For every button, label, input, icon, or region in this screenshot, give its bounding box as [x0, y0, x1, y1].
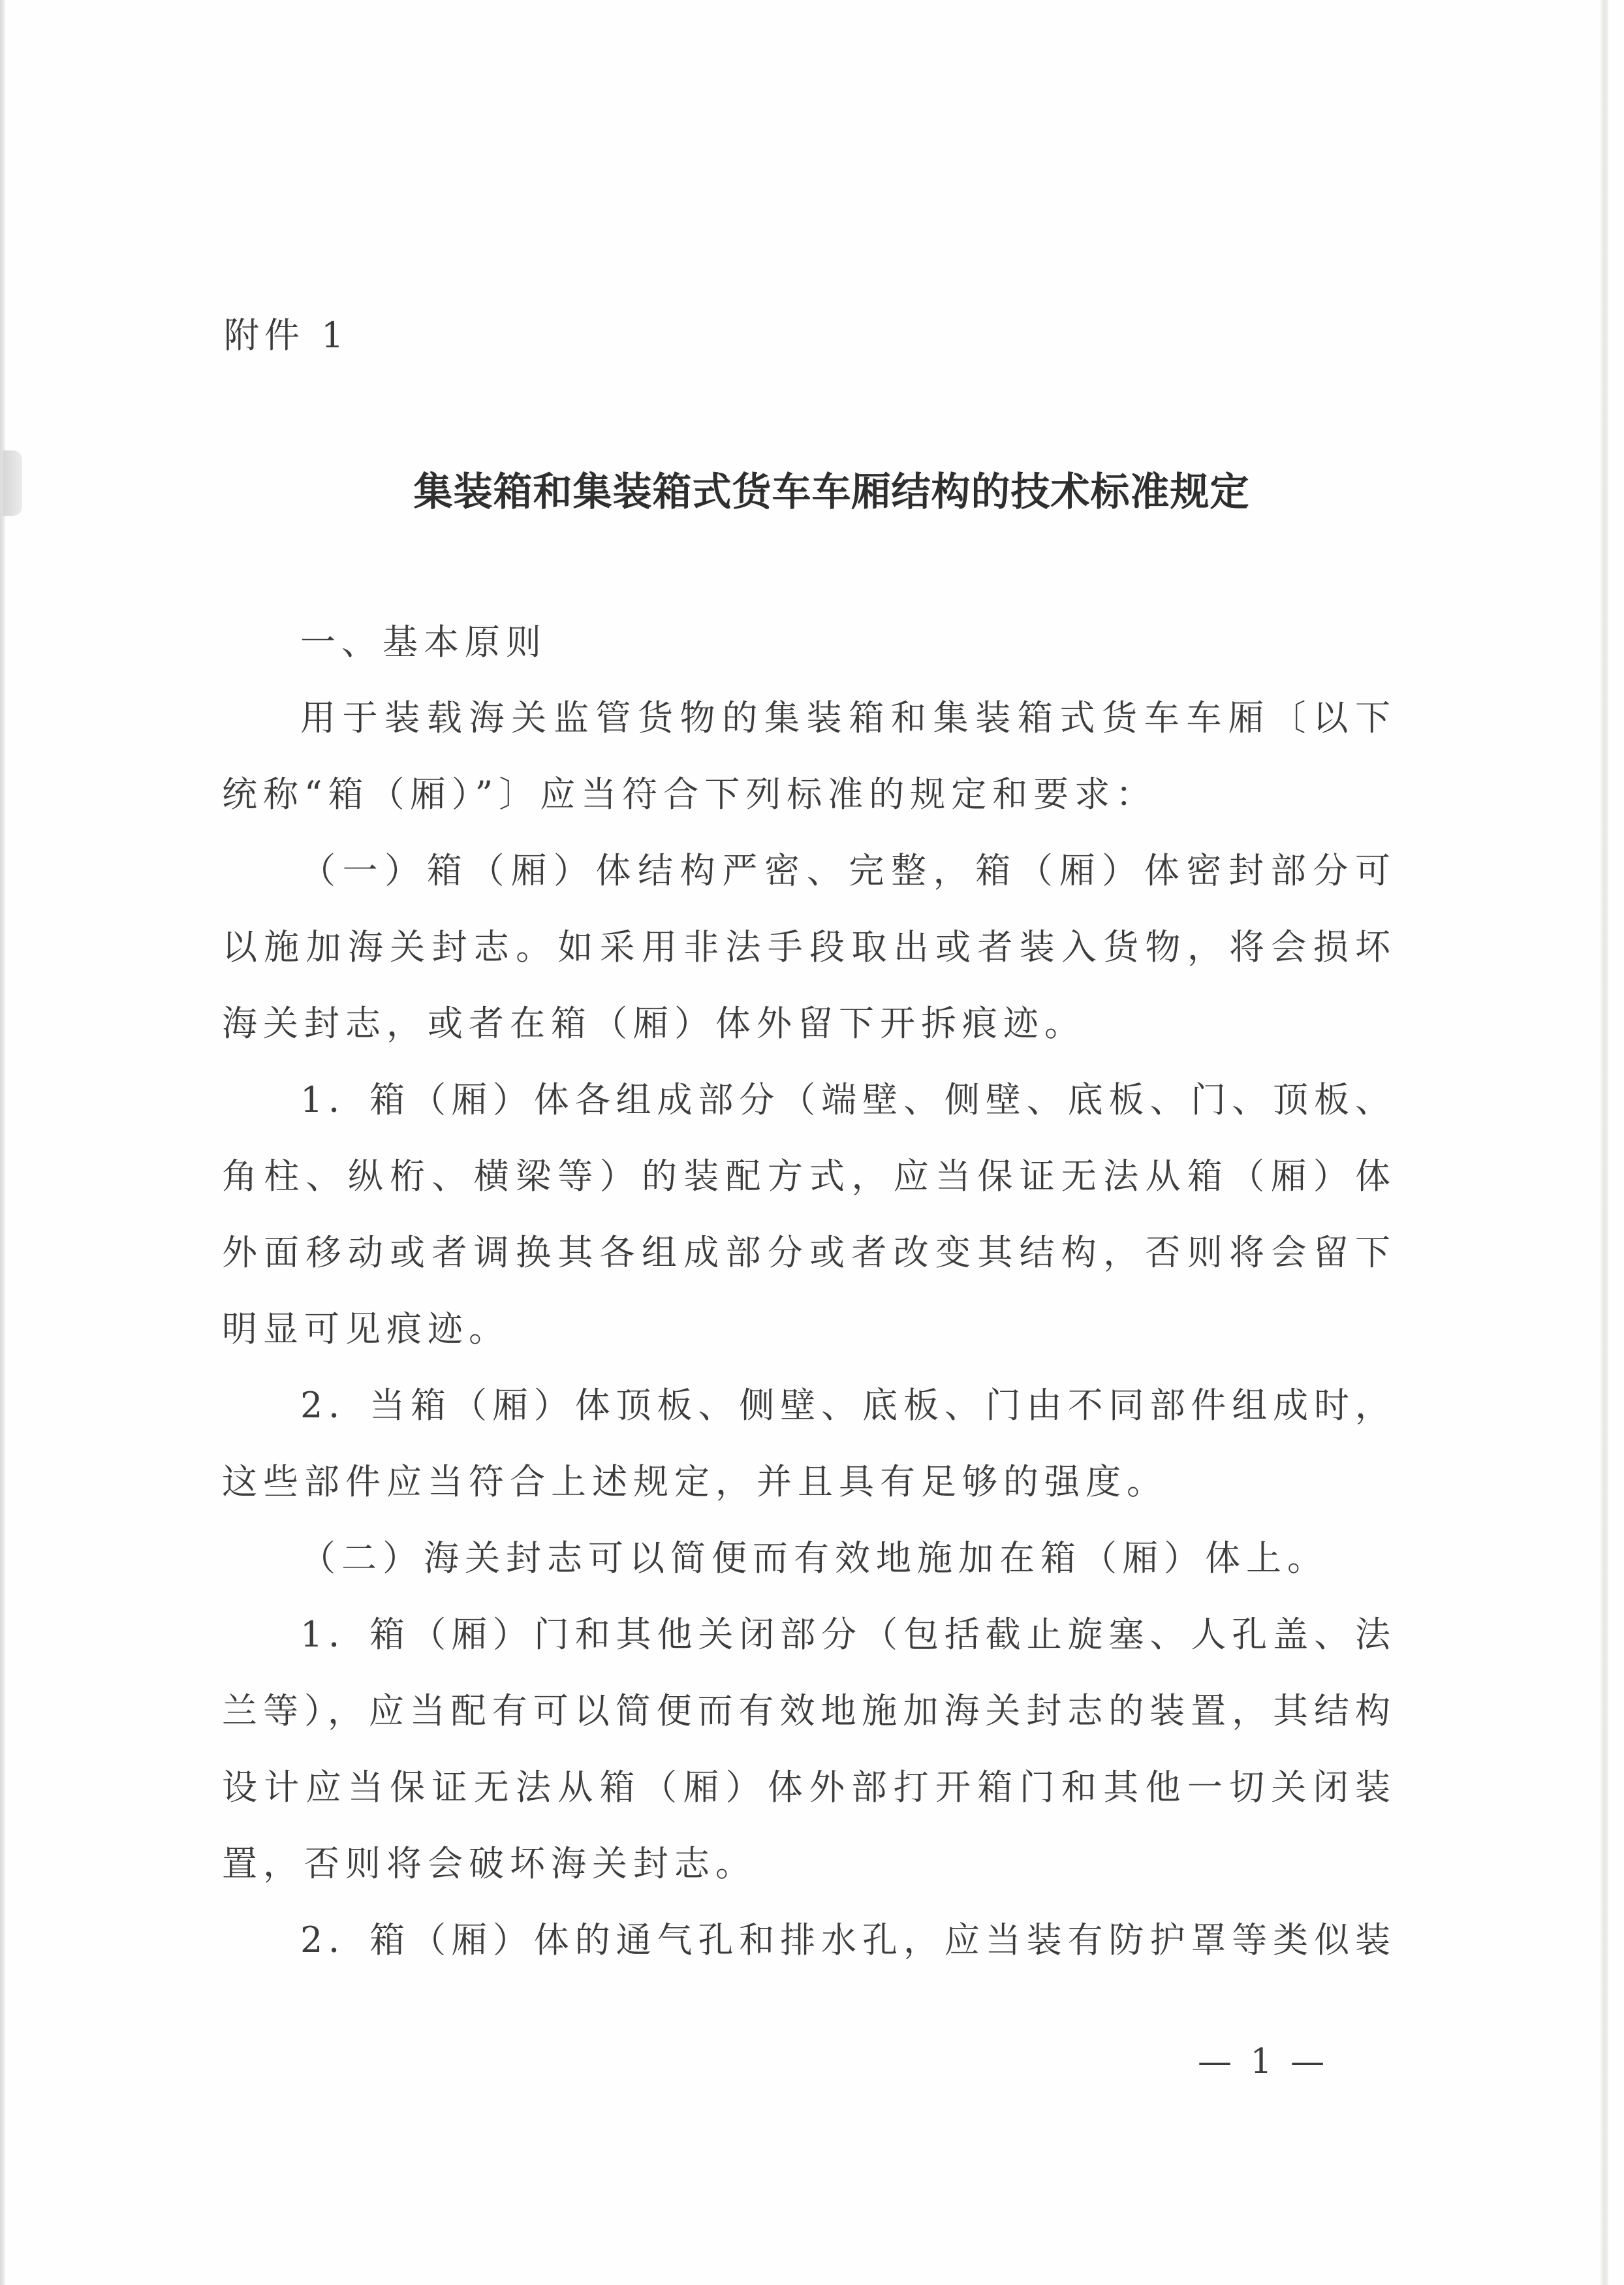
attachment-label: 附件 1: [224, 315, 349, 356]
body-line: 2．箱（厢）体的通气孔和排水孔，应当装有防护罩等类似装: [300, 1919, 1390, 1961]
body-line: 海关封志，或者在箱（厢）体外留下开拆痕迹。: [222, 1003, 1085, 1045]
body-line: 明显可见痕迹。: [222, 1308, 510, 1350]
body-line: （二）海关封志可以简便而有效地施加在箱（厢）体上。: [300, 1537, 1328, 1579]
body-line: 设计应当保证无法从箱（厢）体外部打开箱门和其他一切关闭装: [222, 1767, 1390, 1808]
document-title: 集装箱和集装箱式货车车厢结构的技术标准规定: [0, 469, 1624, 516]
body-line: 置，否则将会破坏海关封志。: [222, 1843, 757, 1885]
page-number: — 1 —: [1198, 2042, 1328, 2081]
scan-edge-left: [0, 0, 5, 2285]
body-line: 用于装载海关监管货物的集装箱和集装箱式货车车厢〔以下: [300, 697, 1390, 739]
section-heading: 一、基本原则: [300, 622, 547, 663]
body-line: 2．当箱（厢）体顶板、侧壁、底板、门由不同部件组成时，: [300, 1385, 1390, 1426]
body-line: 以施加海关封志。如采用非法手段取出或者装入货物，将会损坏: [222, 926, 1390, 968]
scan-edge-right: [1601, 0, 1608, 2285]
body-line: 1．箱（厢）门和其他关闭部分（包括截止旋塞、人孔盖、法: [300, 1614, 1390, 1656]
body-line: 这些部件应当符合上述规定，并且具有足够的强度。: [222, 1461, 1168, 1503]
body-line: （一）箱（厢）体结构严密、完整，箱（厢）体密封部分可: [300, 850, 1390, 892]
body-line: 1．箱（厢）体各组成部分（端壁、侧壁、底板、门、顶板、: [300, 1079, 1390, 1121]
body-line: 兰等），应当配有可以简便而有效地施加海关封志的装置，其结构: [222, 1690, 1390, 1732]
body-line: 角柱、纵桁、横梁等）的装配方式，应当保证无法从箱（厢）体: [222, 1156, 1390, 1197]
document-page: 附件 1 集装箱和集装箱式货车车厢结构的技术标准规定 一、基本原则 用于装载海关…: [0, 0, 1624, 2285]
body-line: 外面移动或者调换其各组成部分或者改变其结构，否则将会留下: [222, 1232, 1390, 1274]
body-line: 统称“箱（厢）”〕应当符合下列标准的规定和要求：: [222, 774, 1157, 815]
